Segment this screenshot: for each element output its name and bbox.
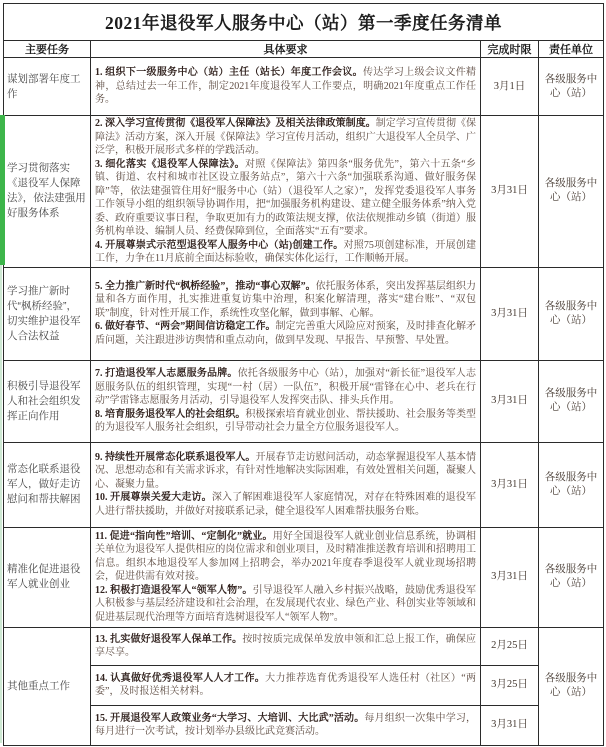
- deadline-cell: 3月25日: [481, 665, 539, 705]
- task-item: 3. 细化落实《退役军人保障法》。对照《保障法》第四条“服务优先”，第六十五条“…: [95, 158, 476, 239]
- task-item-lead: 6. 做好春节、“两会”期间信访稳定工作。: [95, 321, 276, 332]
- task-item: 9. 持续性开展常态化联系退役军人。开展春节走访慰问活动，动态掌握退役军人基本情…: [95, 451, 476, 492]
- requirements-cell: 15. 开展退役军人政策业务“大学习、大培训、大比武”活动。每月组织一次集中学习…: [91, 705, 481, 745]
- requirements-cell: 7. 打造退役军人志愿服务品牌。依托各级服务中心（站），加强对“新长征”退役军人…: [91, 360, 481, 442]
- requirements-cell: 1. 组织下一级服务中心（站）主任（站长）年度工作会议。传达学习上级会议文件精神…: [91, 58, 481, 116]
- task-item-lead: 8. 培育服务退役军人的社会组织。: [95, 409, 245, 420]
- table-row: 14. 认真做好优秀退役军人人才工作。大力推荐选育优秀退役军人选任村（社区）“两…: [4, 665, 604, 705]
- unit-cell: 各级服务中心（站）: [539, 527, 604, 627]
- table-row: 谋划部署年度工作 1. 组织下一级服务中心（站）主任（站长）年度工作会议。传达学…: [4, 58, 604, 116]
- requirements-cell: 13. 扎实做好退役军人保单工作。按时按质完成保单发放申领和汇总上报工作，确保应…: [91, 627, 481, 665]
- unit-cell: 各级服务中心（站）: [539, 116, 604, 268]
- task-cell: 积极引导退役军人和社会组织发挥正向作用: [4, 360, 91, 442]
- table-row: 学习贯彻落实《退役军人保障法》，依法建强用好服务体系 2. 深入学习宣传贯彻《退…: [4, 116, 604, 268]
- task-item-lead: 3. 细化落实《退役军人保障法》。: [95, 159, 245, 170]
- task-cell: 谋划部署年度工作: [4, 58, 91, 116]
- table-row: 15. 开展退役军人政策业务“大学习、大培训、大比武”活动。每月组织一次集中学习…: [4, 705, 604, 745]
- deadline-cell: 3月31日: [481, 705, 539, 745]
- task-item: 15. 开展退役军人政策业务“大学习、大培训、大比武”活动。每月组织一次集中学习…: [95, 712, 476, 739]
- table-row: 积极引导退役军人和社会组织发挥正向作用 7. 打造退役军人志愿服务品牌。依托各级…: [4, 360, 604, 442]
- task-item-lead: 7. 打造退役军人志愿服务品牌。: [95, 368, 238, 379]
- task-cell: 其他重点工作: [4, 627, 91, 745]
- page-title: 2021年退役军人服务中心（站）第一季度任务清单: [4, 4, 604, 41]
- task-item: 6. 做好春节、“两会”期间信访稳定工作。制定完善重大风险应对预案，及时排查化解…: [95, 320, 476, 347]
- table-row: 其他重点工作 13. 扎实做好退役军人保单工作。按时按质完成保单发放申领和汇总上…: [4, 627, 604, 665]
- task-item-lead: 14. 认真做好优秀退役军人人才工作。: [95, 673, 265, 684]
- deadline-cell: 3月31日: [481, 116, 539, 268]
- requirements-cell: 2. 深入学习宣传贯彻《退役军人保障法》及相关法律政策制度。制定学习宣传贯彻《保…: [91, 116, 481, 268]
- requirements-cell: 9. 持续性开展常态化联系退役军人。开展春节走访慰问活动，动态掌握退役军人基本情…: [91, 442, 481, 527]
- header-row: 主要任务 具体要求 完成时限 责任单位: [4, 41, 604, 58]
- table-row: 学习推广新时代“枫桥经验”，切实维护退役军人合法权益 5. 全力推广新时代“枫桥…: [4, 267, 604, 360]
- task-item: 14. 认真做好优秀退役军人人才工作。大力推荐选育优秀退役军人选任村（社区）“两…: [95, 672, 476, 699]
- column-header-unit: 责任单位: [539, 41, 604, 58]
- title-row: 2021年退役军人服务中心（站）第一季度任务清单: [4, 4, 604, 41]
- task-cell: 常态化联系退役军人，做好走访慰问和帮扶解困: [4, 442, 91, 527]
- unit-cell: 各级服务中心（站）: [539, 442, 604, 527]
- task-cell: 学习推广新时代“枫桥经验”，切实维护退役军人合法权益: [4, 267, 91, 360]
- task-item-lead: 12. 积极打造退役军人“领军人物”。: [95, 585, 253, 596]
- column-header-deadline: 完成时限: [481, 41, 539, 58]
- task-item-lead: 15. 开展退役军人政策业务“大学习、大培训、大比武”活动。: [95, 713, 364, 724]
- task-item-lead: 1. 组织下一级服务中心（站）主任（站长）年度工作会议。: [95, 67, 363, 78]
- task-item: 13. 扎实做好退役军人保单工作。按时按质完成保单发放申领和汇总上报工作，确保应…: [95, 633, 476, 660]
- task-item-lead: 5. 全力推广新时代“枫桥经验”，推动“事心双解”。: [95, 281, 316, 292]
- green-selection-bar: [0, 115, 5, 265]
- task-item: 10. 开展尊崇关爱大走访。深入了解困难退役军人家庭情况，对存在特殊困难的退役军…: [95, 491, 476, 518]
- task-item-lead: 10. 开展尊崇关爱大走访。: [95, 492, 212, 503]
- task-item-lead: 11. 促进“指向性”培训、“定制化”就业。: [95, 531, 273, 542]
- deadline-cell: 3月1日: [481, 58, 539, 116]
- task-table: 2021年退役军人服务中心（站）第一季度任务清单 主要任务 具体要求 完成时限 …: [3, 3, 604, 746]
- column-header-task: 主要任务: [4, 41, 91, 58]
- task-item-body: 对照《保障法》第四条“服务优先”，第六十五条“乡镇、街道、农村和城市社区设立服务…: [95, 159, 476, 238]
- task-item: 4. 开展尊崇式示范型退役军人服务中心（站)创建工作。对照75项创建标准，开展创…: [95, 239, 476, 266]
- green-edge-line: [0, 265, 2, 743]
- deadline-cell: 3月31日: [481, 267, 539, 360]
- task-cell: 精准化促进退役军人就业创业: [4, 527, 91, 627]
- task-item: 7. 打造退役军人志愿服务品牌。依托各级服务中心（站），加强对“新长征”退役军人…: [95, 367, 476, 408]
- task-item: 11. 促进“指向性”培训、“定制化”就业。用好全国退役军人就业创业信息系统，协…: [95, 530, 476, 584]
- deadline-cell: 3月31日: [481, 360, 539, 442]
- document-page: 2021年退役军人服务中心（站）第一季度任务清单 主要任务 具体要求 完成时限 …: [0, 0, 606, 747]
- task-item: 8. 培育服务退役军人的社会组织。积极探索培育就业创业、帮扶援助、社会服务等类型…: [95, 408, 476, 435]
- deadline-cell: 3月31日: [481, 527, 539, 627]
- task-item: 12. 积极打造退役军人“领军人物”。引导退役军人融入乡村振兴战略，鼓励优秀退役…: [95, 584, 476, 625]
- task-item-lead: 4. 开展尊崇式示范型退役军人服务中心（站)创建工作。: [95, 240, 344, 251]
- task-item-lead: 13. 扎实做好退役军人保单工作。: [95, 634, 242, 645]
- task-cell: 学习贯彻落实《退役军人保障法》，依法建强用好服务体系: [4, 116, 91, 268]
- unit-cell: 各级服务中心（站）: [539, 627, 604, 745]
- unit-cell: 各级服务中心（站）: [539, 58, 604, 116]
- column-header-requirements: 具体要求: [91, 41, 481, 58]
- unit-cell: 各级服务中心（站）: [539, 267, 604, 360]
- table-row: 精准化促进退役军人就业创业 11. 促进“指向性”培训、“定制化”就业。用好全国…: [4, 527, 604, 627]
- task-item: 2. 深入学习宣传贯彻《退役军人保障法》及相关法律政策制度。制定学习宣传贯彻《保…: [95, 117, 476, 158]
- task-item: 5. 全力推广新时代“枫桥经验”，推动“事心双解”。依托服务体系，突出发挥基层组…: [95, 280, 476, 321]
- requirements-cell: 5. 全力推广新时代“枫桥经验”，推动“事心双解”。依托服务体系，突出发挥基层组…: [91, 267, 481, 360]
- requirements-cell: 14. 认真做好优秀退役军人人才工作。大力推荐选育优秀退役军人选任村（社区）“两…: [91, 665, 481, 705]
- deadline-cell: 2月25日: [481, 627, 539, 665]
- deadline-cell: 3月31日: [481, 442, 539, 527]
- requirements-cell: 11. 促进“指向性”培训、“定制化”就业。用好全国退役军人就业创业信息系统，协…: [91, 527, 481, 627]
- task-item-lead: 9. 持续性开展常态化联系退役军人。: [95, 452, 255, 463]
- task-item: 1. 组织下一级服务中心（站）主任（站长）年度工作会议。传达学习上级会议文件精神…: [95, 66, 476, 107]
- table-row: 常态化联系退役军人，做好走访慰问和帮扶解困 9. 持续性开展常态化联系退役军人。…: [4, 442, 604, 527]
- task-item-lead: 2. 深入学习宣传贯彻《退役军人保障法》及相关法律政策制度。: [95, 118, 376, 129]
- unit-cell: 各级服务中心（站）: [539, 360, 604, 442]
